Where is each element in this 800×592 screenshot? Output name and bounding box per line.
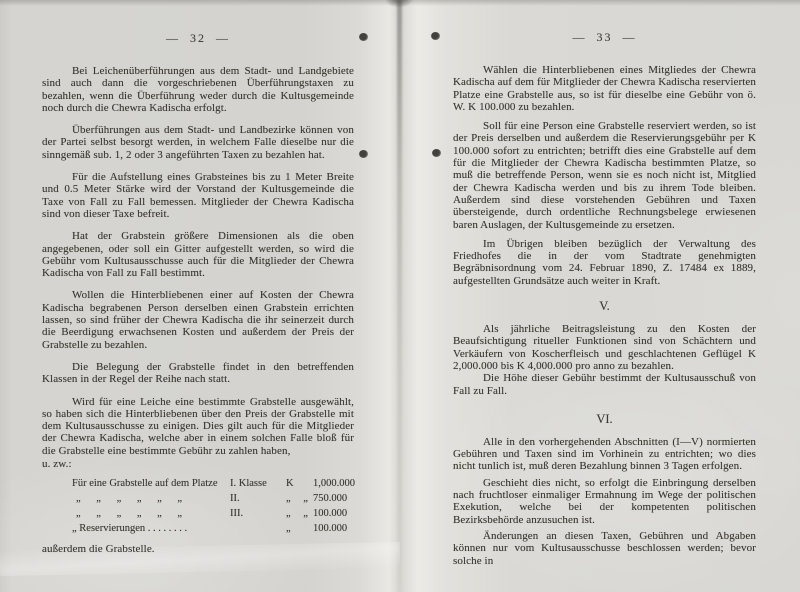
fee-class: [230, 522, 286, 537]
paragraph-uzw: u. zw.:: [42, 458, 354, 470]
fee-item-ditto: „ „ „ „ „ „: [72, 507, 230, 522]
fee-row: „ Reservierungen . . . . . . . . „ 100.0…: [72, 522, 332, 537]
paragraph: Alle in den vorhergehenden Abschnitten (…: [453, 436, 756, 473]
paragraph: Soll für eine Person eine Grabstelle res…: [453, 120, 756, 231]
fee-class: III.: [230, 507, 286, 522]
fee-table: Für eine Grabstelle auf dem Platze I. Kl…: [72, 477, 332, 536]
paragraph: Wollen die Hinterbliebenen einer auf Kos…: [42, 289, 354, 350]
fee-amount: 100.000: [313, 507, 347, 522]
fee-item-ditto: „ „ „ „ „ „: [72, 492, 230, 507]
paragraph: Die Höhe dieser Gebühr bestimmt der Kult…: [453, 372, 756, 397]
paragraph: Überführungen aus dem Stadt- und Landbez…: [42, 124, 354, 161]
page-number-33: — 33 —: [453, 30, 756, 45]
page-33: — 33 — Wählen die Hinterbliebenen eines …: [400, 0, 800, 592]
fee-item: Für eine Grabstelle auf dem Platze: [72, 477, 230, 492]
page-32: — 32 — Bei Leichenüberführungen aus dem …: [0, 0, 400, 592]
paragraph: Hat der Grabstein größere Dimensionen al…: [42, 230, 354, 279]
paragraph-after-table: außerdem die Grabstelle.: [42, 543, 354, 555]
page-number-32: — 32 —: [42, 31, 354, 46]
fee-row: Für eine Grabstelle auf dem Platze I. Kl…: [72, 477, 332, 492]
paragraph: Die Belegung der Grabstelle findet in de…: [42, 361, 354, 386]
paragraph: Bei Leichenüberführungen aus dem Stadt- …: [42, 65, 354, 114]
fee-row: „ „ „ „ „ „ III. „ „ 100.000: [72, 507, 332, 522]
fee-amount: 750.000: [313, 492, 347, 507]
paragraph: Für die Aufstellung eines Grabsteines bi…: [42, 171, 354, 220]
paragraph: Geschieht dies nicht, so erfolgt die Ein…: [453, 477, 756, 526]
fee-currency-ditto: „: [286, 522, 313, 537]
fee-currency: K: [286, 477, 313, 492]
section-heading-vi: VI.: [453, 412, 756, 427]
fee-amount: 1,000.000: [313, 477, 355, 492]
paragraph: Im Übrigen bleiben bezüglich der Verwalt…: [453, 238, 756, 287]
section-heading-v: V.: [453, 299, 756, 314]
fee-amount: 100.000: [313, 522, 347, 537]
paragraph: Änderungen an diesen Taxen, Gebühren und…: [453, 530, 756, 567]
paragraph: Wählen die Hinterbliebenen eines Mitglie…: [453, 64, 756, 113]
fee-class: I. Klasse: [230, 477, 286, 492]
fee-class: II.: [230, 492, 286, 507]
paragraph: Als jährliche Beitragsleistung zu den Ko…: [453, 323, 756, 372]
scanned-book-spread: — 32 — Bei Leichenüberführungen aus dem …: [0, 0, 800, 592]
fee-currency-ditto: „ „: [286, 492, 313, 507]
fee-currency-ditto: „ „: [286, 507, 313, 522]
fee-row: „ „ „ „ „ „ II. „ „ 750.000: [72, 492, 332, 507]
fee-item: „ Reservierungen . . . . . . . .: [72, 522, 230, 537]
paragraph: Wird für eine Leiche eine bestimmte Grab…: [42, 396, 354, 457]
